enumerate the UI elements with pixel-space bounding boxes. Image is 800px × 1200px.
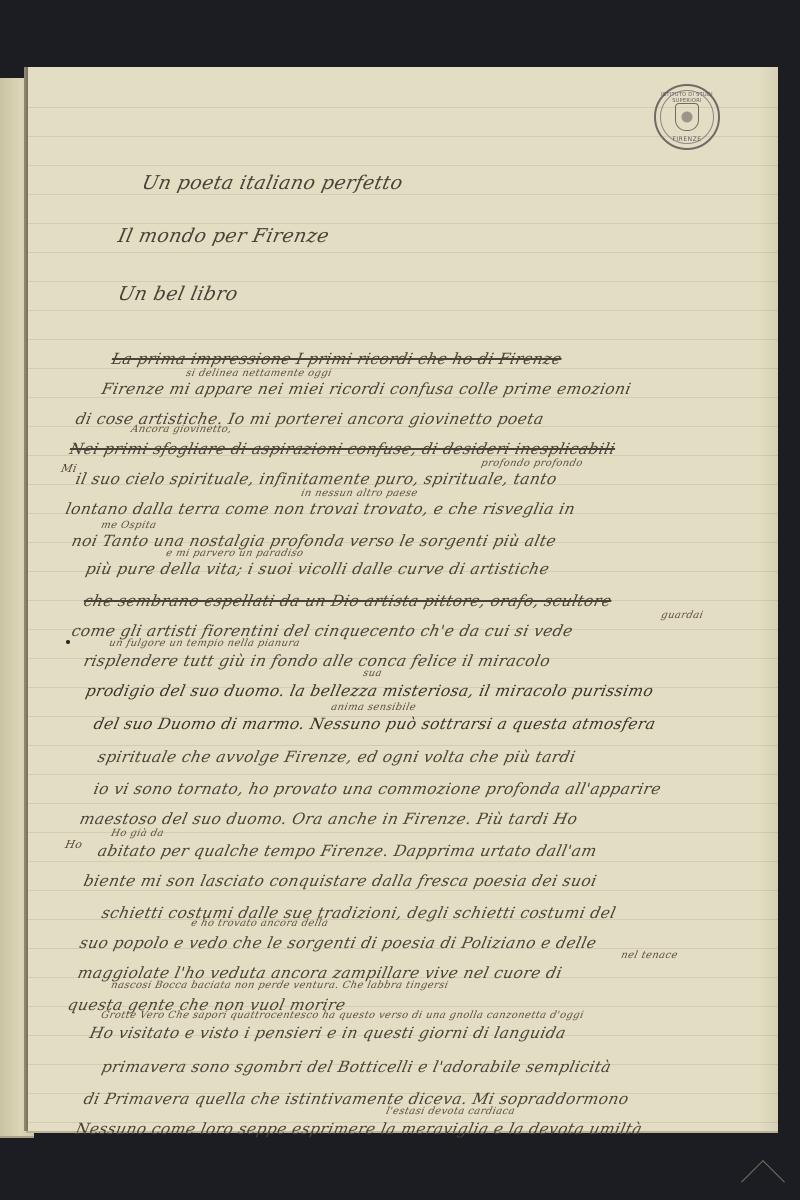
insert-line-26: l'estasi devota cardiaca xyxy=(385,1106,516,1117)
body-line-14: spirituale che avvolge Firenze, ed ogni … xyxy=(96,748,577,766)
insert-line-4: Ancora giovinetto, xyxy=(130,424,233,435)
body-line-4: Nei primi sfogliare di aspirazioni confu… xyxy=(68,440,617,458)
body-line-19: schietti costumi dalle sue tradizioni, d… xyxy=(100,904,618,922)
insert-line-20: e ho trovato ancora della xyxy=(190,918,329,929)
ink-dot xyxy=(66,640,70,644)
body-line-1: La prima impressione I primi ricordi che… xyxy=(110,350,563,368)
stamp-bottom-text: FIRENZE xyxy=(656,136,718,143)
insert-line-12: sua xyxy=(362,668,383,679)
body-line-5: il suo cielo spirituale, infinitamente p… xyxy=(74,470,559,488)
title-line-3: Un bel libro xyxy=(116,283,240,305)
page-corner-fold xyxy=(741,1160,785,1200)
insert-line-23: Grotte Vero Che sapori quattrocentesco h… xyxy=(100,1010,585,1021)
body-line-2: Firenze mi appare nei miei ricordi confu… xyxy=(100,380,633,398)
body-line-23: Ho visitato e visto i pensieri e in ques… xyxy=(88,1024,568,1042)
title-line-1: Un poeta italiano perfetto xyxy=(140,172,405,194)
body-line-25: di Primavera quella che istintivamente d… xyxy=(82,1090,631,1108)
title-line-2: Il mondo per Firenze xyxy=(116,225,331,247)
body-line-17: abitato per qualche tempo Firenze. Dappr… xyxy=(96,842,599,860)
body-line-26: Nessuno come loro seppe esprimere la mer… xyxy=(74,1120,644,1138)
body-line-9: che sembrano espellati da un Dio artista… xyxy=(82,592,613,610)
body-line-16: maestoso del suo duomo. Ora anche in Fir… xyxy=(78,810,579,828)
body-line-20: suo popolo e vedo che le sorgenti di poe… xyxy=(78,934,598,952)
body-line-8: più pure della vita; i suoi vicolli dall… xyxy=(84,560,551,578)
body-line-15: io vi sono tornato, ho provato una commo… xyxy=(92,780,663,798)
stamp-top-text: ISTITUTO DI STUDI SUPERIORI xyxy=(656,92,718,104)
insert-line-11: un fulgore un tempio nella pianura xyxy=(108,638,301,649)
insert-line-6: in nessun altro paese xyxy=(300,488,419,499)
scan-background: ISTITUTO DI STUDI SUPERIORI FIRENZE Un p… xyxy=(0,0,800,1200)
body-line-18: biente mi son lasciato conquistare dalla… xyxy=(82,872,599,890)
insert-line-13: anima sensibile xyxy=(330,702,417,713)
insert-line-22: nascosi Bocca baciata non perde ventura.… xyxy=(110,980,449,991)
insert-line-2: si delinea nettamente oggi xyxy=(185,368,333,379)
insert-line-21: nel tenace xyxy=(620,950,679,961)
body-line-12: prodigio del suo duomo. la bellezza mist… xyxy=(84,682,655,700)
margin-note-5: Mi xyxy=(60,462,78,475)
margin-note-17: Ho xyxy=(64,838,84,851)
body-line-6: lontano dalla terra come non trovai trov… xyxy=(64,500,577,518)
body-line-7: noi Tanto una nostalgia profonda verso l… xyxy=(70,532,558,550)
insert-line-17: Ho già da xyxy=(110,828,165,839)
body-line-11: risplendere tutt giù in fondo alle conca… xyxy=(82,652,552,670)
body-line-13: del suo Duomo di marmo. Nessuno può sott… xyxy=(92,715,657,733)
institution-stamp: ISTITUTO DI STUDI SUPERIORI FIRENZE xyxy=(654,84,720,150)
insert-line-8: e mi parvero un paradiso xyxy=(165,548,305,559)
insert-line-10: guardai xyxy=(660,610,704,621)
body-line-24: primavera sono sgombri del Botticelli e … xyxy=(100,1058,613,1076)
insert-line-5: profondo profondo xyxy=(480,458,584,469)
insert-line-7: me Ospita xyxy=(100,520,157,531)
title-text: Un poeta italiano perfetto xyxy=(140,172,405,194)
